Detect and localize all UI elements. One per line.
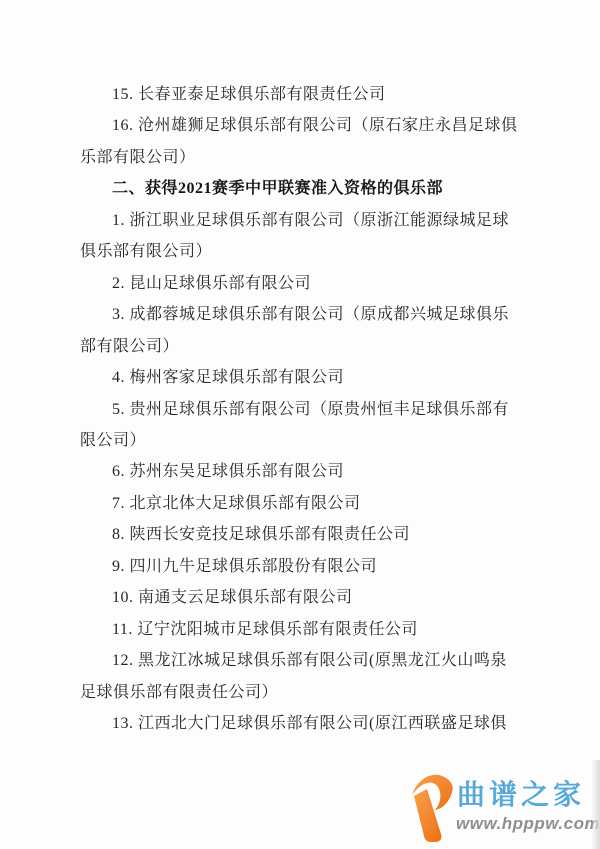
club-line-10: 10. 南通支云足球俱乐部有限公司 <box>80 582 520 613</box>
club-line-16-cont: 乐部有限公司） <box>80 142 520 173</box>
club-line-2: 2. 昆山足球俱乐部有限公司 <box>80 268 520 299</box>
club-line-7: 7. 北京北体大足球俱乐部有限公司 <box>80 488 520 519</box>
club-line-3-cont: 部有限公司） <box>80 331 520 362</box>
site-watermark: 曲谱之家 www.hpppw.com <box>404 762 600 849</box>
club-line-15: 15. 长春亚泰足球俱乐部有限责任公司 <box>80 79 520 110</box>
club-line-11: 11. 辽宁沈阳城市足球俱乐部有限责任公司 <box>80 614 520 645</box>
club-line-12-cont: 足球俱乐部有限责任公司） <box>80 677 520 708</box>
club-line-1-cont: 俱乐部有限公司） <box>80 236 520 267</box>
scanned-document-page: 15. 长春亚泰足球俱乐部有限责任公司 16. 沧州雄狮足球俱乐部有限公司（原石… <box>0 0 600 849</box>
club-line-1: 1. 浙江职业足球俱乐部有限公司（原浙江能源绿城足球 <box>80 205 520 236</box>
scan-edge-shadow <box>592 760 600 849</box>
section-2-heading: 二、获得2021赛季中甲联赛准入资格的俱乐部 <box>80 173 520 204</box>
club-line-9: 9. 四川九牛足球俱乐部股份有限公司 <box>80 551 520 582</box>
watermark-site-name: 曲谱之家 <box>457 780 597 810</box>
club-line-4: 4. 梅州客家足球俱乐部有限公司 <box>80 362 520 393</box>
club-line-13: 13. 江西北大门足球俱乐部有限公司(原江西联盛足球俱 <box>80 708 520 739</box>
club-line-5-cont: 限公司） <box>80 425 520 456</box>
club-list: 15. 长春亚泰足球俱乐部有限责任公司 16. 沧州雄狮足球俱乐部有限公司（原石… <box>80 79 520 740</box>
club-line-3: 3. 成都蓉城足球俱乐部有限公司（原成都兴城足球俱乐 <box>80 299 520 330</box>
club-line-16: 16. 沧州雄狮足球俱乐部有限公司（原石家庄永昌足球俱 <box>80 110 520 141</box>
watermark-site-url: www.hpppw.com <box>456 814 600 834</box>
orange-ribbon-p-icon <box>408 772 460 848</box>
club-line-5: 5. 贵州足球俱乐部有限公司（原贵州恒丰足球俱乐部有 <box>80 394 520 425</box>
club-line-6: 6. 苏州东吴足球俱乐部有限公司 <box>80 456 520 487</box>
club-line-8: 8. 陕西长安竞技足球俱乐部有限责任公司 <box>80 519 520 550</box>
club-line-12: 12. 黑龙江冰城足球俱乐部有限公司(原黑龙江火山鸣泉 <box>80 645 520 676</box>
